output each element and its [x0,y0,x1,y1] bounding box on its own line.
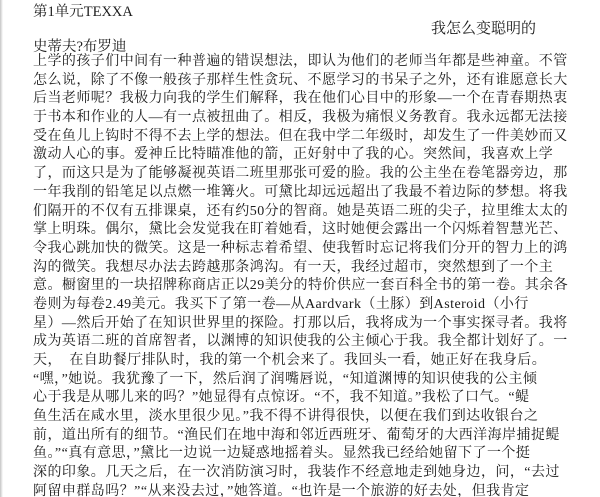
document-page: 第1单元TEXXA 我怎么变聪明的 史蒂夫?布罗迪 上学的孩子们中间有一种普遍的… [0,0,600,497]
body-text-line: 了，而这只是为了能够凝视英语二班里那张可爱的脸。我的公主坐在卷笔器旁边，那 [33,165,578,184]
body-text-line: 鱼生活在咸水里，淡水里很少见。”我不得不讲得很快，以便在我们到达收银台之 [33,408,578,427]
body-paragraph: 上学的孩子们中间有一种普遍的错误想法，即认为他们的老师当年都是些神童。不管怎么说… [33,53,578,497]
body-text-line: 意。橱窗里的一块招牌称商店正以29美分的特价供应一套百科全书的第一卷。其余各 [33,277,578,296]
body-text-line: 心于我是从哪儿来的吗？”她显得有点惊讶。“不，我不知道。”我松了口气。“鳀 [33,389,578,408]
body-text-line: 受在鱼儿上钩时不得不去上学的想法。但在我中学二年级时，却发生了一件美妙而又 [33,128,578,147]
scan-edge-artifact [0,0,3,497]
body-text-line: 天， 在自助餐厅排队时，我的第一个机会来了。我回头一看，她正好在我身后。 [33,352,578,371]
body-text-line: 掌上明珠。偶尔，黛比会发觉我在盯着她看，这时她便会露出一个闪烁着智慧光芒、 [33,221,578,240]
body-text-line: 令我心跳加快的微笑。这是一种标志着希望、使我暂时忘记将我们分开的智力上的鸿 [33,240,578,259]
page-title: 我怎么变聪明的 [431,20,536,38]
body-text-line: 前，道出所有的细节。“渔民们在地中海和邻近西班牙、葡萄牙的大西洋海岸捕捉鳀 [33,427,578,446]
body-text-line: 一年我削的铅笔足以点燃一堆篝火。可黛比却远远超出了我最不着边际的梦想。将我 [33,184,578,203]
body-text-line: 鱼。”“真有意思，”黛比一边说一边疑惑地摇着头。显然我已经给她留下了一个挺 [33,445,578,464]
body-text-line: 成为英语二班的首席智者，以渊博的知识使我的公主倾心于我。我全都计划好了。一 [33,333,578,352]
body-text-line: 阿留申群岛吗？”“从来没去过，”她答道。“也许是一个旅游的好去处，但我肯定 [33,483,578,497]
body-text-line: 上学的孩子们中间有一种普遍的错误想法，即认为他们的老师当年都是些神童。不管 [33,53,578,72]
body-text-line: 卷则为每卷2.49美元。我买下了第一卷—从Aardvark（土豚）到Astero… [33,296,578,315]
body-text-line: “嘿，”她说。我犹豫了一下，然后润了润嘴唇说，“知道渊博的知识使我的公主倾 [33,371,578,390]
body-text-line: 星）—然后开始了在知识世界里的探险。打那以后，我将成为一个事实探寻者。我将 [33,315,578,334]
body-text-line: 们隔开的不仅有五排课桌，还有约50分的智商。她是英语二班的尖子，拉里维太太的 [33,203,578,222]
body-text-line: 后当老师呢？我极力向我的学生们解释，我在他们心目中的形象—一个在青春期热衷 [33,90,578,109]
body-text-line: 激动人心的事。爱神丘比特瞄准他的箭，正好射中了我的心。突然间，我喜欢上学 [33,146,578,165]
body-text-line: 深的印象。几天之后，在一次消防演习时，我装作不经意地走到她身边，问，“去过 [33,464,578,483]
body-text-line: 怎么说，除了不像一般孩子那样生性贪玩、不愿学习的书呆子之外，还有谁愿意长大 [33,72,578,91]
body-text-line: 于书本和作业的人—有一点被扭曲了。相反，我极为痛恨义务教育。我永远都无法接 [33,109,578,128]
body-text-line: 沟的微笑。我想尽办法去跨越那条鸿沟。有一天，我经过超市，突然想到了一个主 [33,259,578,278]
unit-label: 第1单元TEXXA [33,3,133,21]
